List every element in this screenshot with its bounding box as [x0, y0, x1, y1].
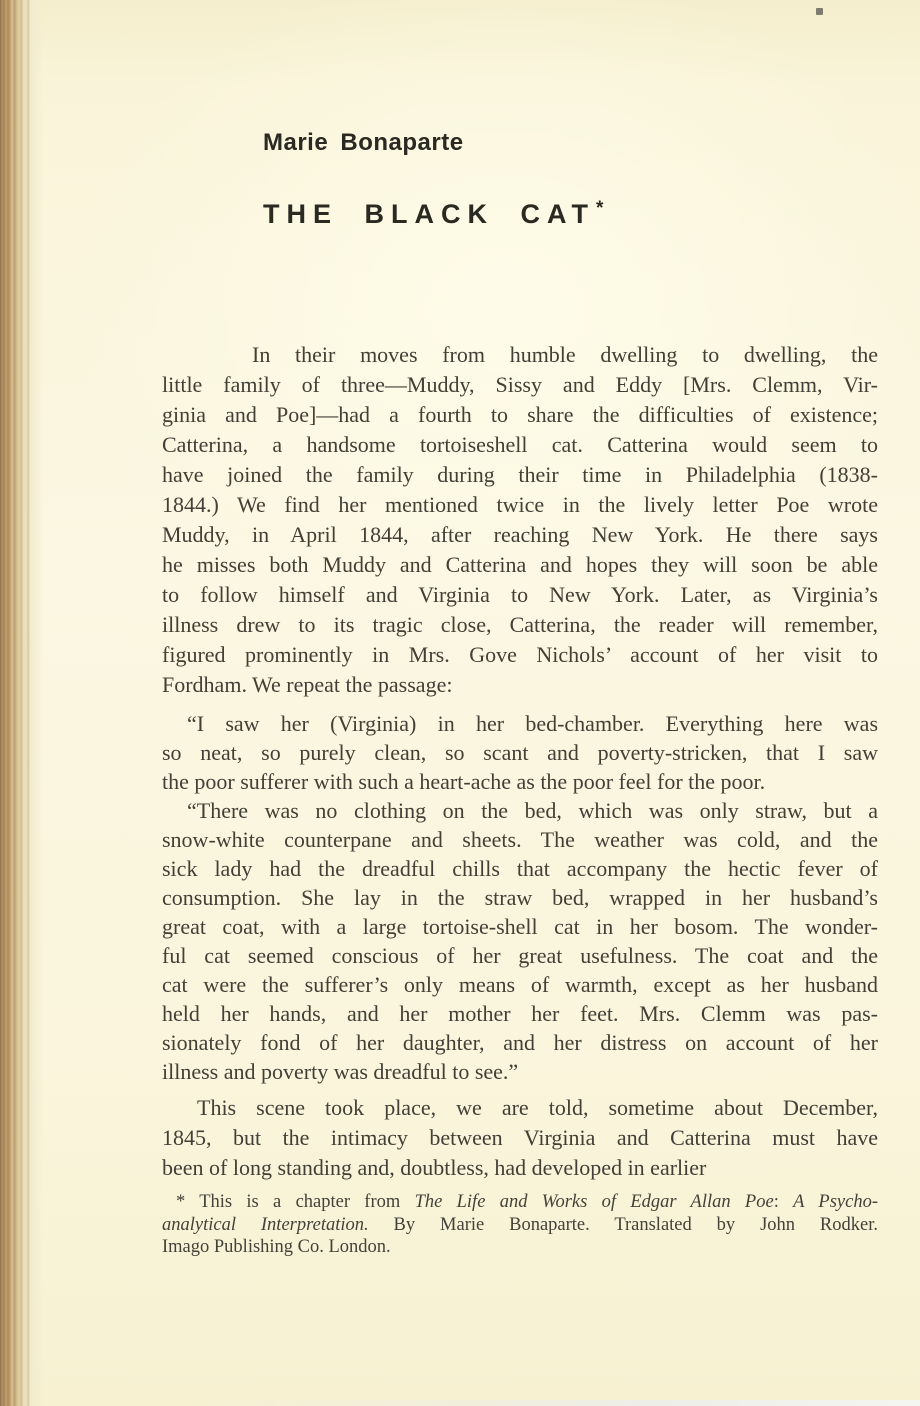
text-line: illness and poverty was dreadful to see.…	[162, 1057, 878, 1086]
book-binding-edge	[0, 0, 44, 1406]
footnote-italic-text: The Life and Works of Edgar Allan Poe	[415, 1192, 774, 1212]
chapter-title: THE BLACK CAT*	[263, 195, 878, 228]
text-line: This scene took place, we are told, some…	[162, 1093, 878, 1123]
footnote: * This is a chapter from The Life and Wo…	[162, 1191, 878, 1259]
text-line: Muddy, in April 1844, after reaching New…	[162, 520, 878, 550]
text-line: In their moves from humble dwelling to d…	[162, 340, 878, 370]
footnote-line: analytical Interpretation. By Marie Bona…	[162, 1214, 878, 1237]
page-content: Marie Bonaparte THE BLACK CAT* In their …	[162, 0, 878, 1259]
footnote-italic-text: analytical Interpretation.	[162, 1215, 369, 1235]
text-line: “There was no clothing on the bed, which…	[162, 796, 878, 825]
text-line: figured prominently in Mrs. Gove Nichols…	[162, 640, 878, 670]
block-quote-paragraph: “There was no clothing on the bed, which…	[162, 796, 878, 1086]
block-quote-paragraph: “I saw her (Virginia) in her bed-chamber…	[162, 709, 878, 796]
text-line: been of long standing and, doubtless, ha…	[162, 1153, 878, 1183]
text-line: sionately fond of her daughter, and her …	[162, 1028, 878, 1057]
paragraph: This scene took place, we are told, some…	[162, 1093, 878, 1183]
text-line: ginia and Poe]—had a fourth to share the…	[162, 400, 878, 430]
text-line: cat were the sufferer’s only means of wa…	[162, 970, 878, 999]
text-line: to follow himself and Virginia to New Yo…	[162, 580, 878, 610]
text-line: Fordham. We repeat the passage:	[162, 670, 878, 700]
body-text: In their moves from humble dwelling to d…	[162, 340, 878, 1183]
text-line: the poor sufferer with such a heart-ache…	[162, 767, 878, 796]
text-line: little family of three—Muddy, Sissy and …	[162, 370, 878, 400]
text-line: held her hands, and her mother her feet.…	[162, 999, 878, 1028]
text-line: he misses both Muddy and Catterina and h…	[162, 550, 878, 580]
footnote-marker-superscript: *	[596, 198, 603, 219]
text-line: Catterina, a handsome tortoiseshell cat.…	[162, 430, 878, 460]
text-line: illness drew to its tragic close, Catter…	[162, 610, 878, 640]
text-line: have joined the family during their time…	[162, 460, 878, 490]
text-line: great coat, with a large tortoise-shell …	[162, 912, 878, 941]
text-line: “I saw her (Virginia) in her bed-chamber…	[162, 709, 878, 738]
footnote-text: :	[774, 1192, 793, 1212]
footnote-line: * This is a chapter from The Life and Wo…	[162, 1191, 878, 1214]
paragraph: In their moves from humble dwelling to d…	[162, 340, 878, 700]
chapter-title-text: THE BLACK CAT	[263, 199, 595, 229]
footnote-italic-text: A Psycho-	[793, 1192, 878, 1212]
footnote-text: Imago Publishing Co. London.	[162, 1237, 391, 1257]
scanned-book-page: Marie Bonaparte THE BLACK CAT* In their …	[0, 0, 920, 1406]
scanner-bed-strip	[0, 1400, 920, 1406]
text-line: ful cat seemed conscious of her great us…	[162, 941, 878, 970]
footnote-text: By Marie Bonaparte. Translated by John R…	[369, 1215, 878, 1235]
text-line: 1845, but the intimacy between Virginia …	[162, 1123, 878, 1153]
text-line: consumption. She lay in the straw bed, w…	[162, 883, 878, 912]
footnote-text: * This is a chapter from	[176, 1192, 415, 1212]
footnote-line: Imago Publishing Co. London.	[162, 1236, 878, 1259]
author-name: Marie Bonaparte	[263, 131, 878, 155]
text-line: snow-white counterpane and sheets. The w…	[162, 825, 878, 854]
text-line: 1844.) We find her mentioned twice in th…	[162, 490, 878, 520]
text-line: so neat, so purely clean, so scant and p…	[162, 738, 878, 767]
text-line: sick lady had the dreadful chills that a…	[162, 854, 878, 883]
